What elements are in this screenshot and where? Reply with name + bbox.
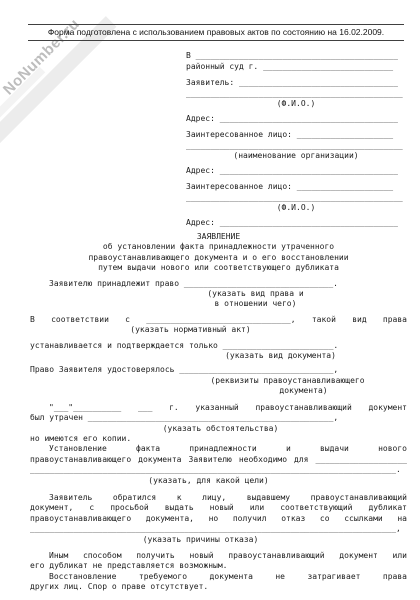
org-name-hint: (наименование организации) — [186, 151, 406, 160]
date-line: "___"__________ ___ г. указанный правоус… — [30, 403, 407, 413]
address-line: Адрес: _________________________________… — [186, 217, 406, 228]
body-line: правоустанавливающего документа, но полу… — [30, 514, 407, 524]
document-title: ЗАЯВЛЕНИЕ — [30, 232, 407, 242]
body-block: Заявителю принадлежит право ____________… — [30, 279, 407, 593]
fio-hint: (Ф.И.О.) — [186, 203, 406, 212]
blank-line: ________________________________________… — [30, 465, 407, 475]
interested-party-line: Заинтересованное лицо: _________________… — [186, 181, 406, 192]
body-line: Восстановление требуемого документа не з… — [30, 572, 407, 582]
title-subtitle-line: правоустанавливающего документа и о его … — [30, 253, 407, 263]
address-line: Адрес: _________________________________… — [186, 113, 406, 124]
hint-line: документа) — [30, 386, 407, 396]
hint-line: (указать вид документа) — [30, 351, 407, 361]
body-line: устанавливается и подтверждается только … — [30, 341, 407, 351]
hint-line: (указать обстоятельства) — [30, 424, 407, 434]
document-page: NoNumber.ru Форма подготовлена с использ… — [0, 0, 420, 600]
body-line: В соответствии с _______________________… — [30, 315, 407, 325]
body-line: его дубликат не представляется возможным… — [30, 561, 407, 571]
header-note: Форма подготовлена с использованием прав… — [28, 24, 404, 41]
body-line: документ, с просьбой выдать новый или со… — [30, 503, 407, 513]
hint-line: (указать, для какой цели) — [30, 476, 407, 486]
body-line: Иным способом получить новый правоустана… — [30, 551, 407, 561]
address-line: Адрес: _________________________________… — [186, 165, 406, 176]
applicant-line: Заявитель: _____________________________… — [186, 77, 406, 88]
body-line: но имеются его копии. — [30, 434, 407, 444]
body-line: Установление факта принадлежности и выда… — [30, 444, 407, 454]
body-line: правоустанавливающего документа Заявител… — [30, 455, 407, 465]
title-subtitle-line: путем выдачи нового или соответствующего… — [30, 263, 407, 273]
body-line: Заявителю принадлежит право ____________… — [30, 279, 407, 289]
title-block: ЗАЯВЛЕНИЕ об установлении факта принадле… — [30, 232, 407, 274]
main-block: ЗАЯВЛЕНИЕ об установлении факта принадле… — [30, 232, 407, 593]
applicant-blank-line: ________________________________________… — [186, 88, 406, 99]
body-line: Заявитель обратился к лицу, выдавшему пр… — [30, 493, 407, 503]
title-subtitle-line: об установлении факта принадлежности утр… — [30, 242, 407, 252]
court-city-line: районный суд г. ________________________… — [186, 61, 406, 72]
interested-party-blank-line: ________________________________________… — [186, 192, 406, 203]
interested-party-blank-line: ________________________________________… — [186, 140, 406, 151]
fio-hint: (Ф.И.О.) — [186, 99, 406, 108]
hint-line: (указать вид права и — [30, 289, 407, 299]
interested-party-line: Заинтересованное лицо: _________________… — [186, 129, 406, 140]
hint-line: (указать нормативный акт) — [30, 325, 407, 335]
hint-line: (указать причины отказа) — [30, 535, 407, 545]
body-line: Право Заявителя удостоверялось _________… — [30, 365, 407, 375]
court-name-line: В ______________________________________… — [186, 50, 406, 61]
body-line: был утрачен ____________________________… — [30, 413, 407, 423]
hint-line: в отношении чего) — [30, 299, 407, 309]
court-block: В ______________________________________… — [186, 50, 406, 228]
hint-line: (реквизиты правоустанавливающего — [30, 376, 407, 386]
body-line: других лиц. Спор о праве отсутствует. — [30, 582, 407, 592]
blank-line: ________________________________________… — [30, 524, 407, 534]
